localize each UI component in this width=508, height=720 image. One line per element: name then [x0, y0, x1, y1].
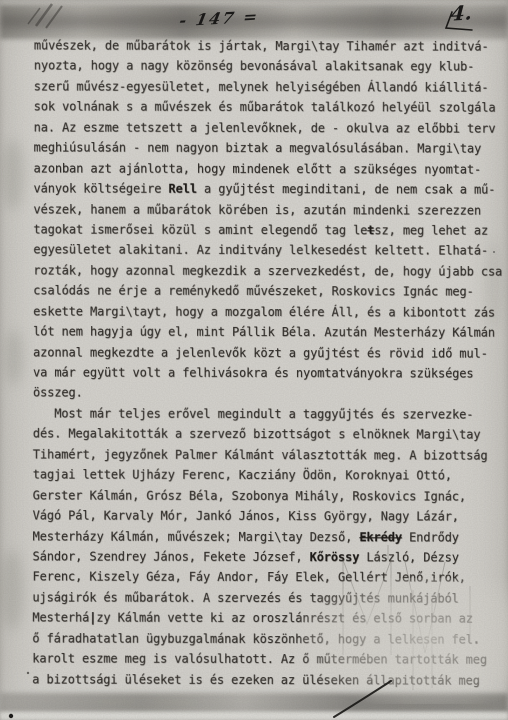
- text-line: karolt eszme meg is valósulhatott. Az ő …: [32, 648, 508, 670]
- text-segment: ő fáradhatatlan ügybuzgalmának köszönhet…: [32, 631, 473, 646]
- text-line: összeg.: [33, 383, 508, 405]
- text-segment: va már együtt volt a felhivásokra és nyo…: [33, 365, 474, 380]
- text-segment: azonban azt ajánlotta, hogy mindenek elő…: [33, 161, 481, 176]
- text-segment: Gerster Kálmán, Grósz Béla, Szobonya Mih…: [33, 488, 466, 503]
- overstruck-word: Rell: [168, 182, 196, 196]
- text-line: va már együtt volt a felhivásokra és nyo…: [33, 362, 508, 384]
- text-line: na. Az eszme tetszett a jelenlevőknek, d…: [34, 117, 508, 139]
- overstruck-word: .: [473, 632, 480, 646]
- text-line: Gerster Kálmán, Grósz Béla, Szobonya Mih…: [33, 485, 508, 507]
- text-line: a bizottsági üléseket is és ezeken az ül…: [32, 669, 508, 691]
- text-line: sok volnának s a művészek és műbarátok t…: [34, 97, 508, 119]
- typewritten-text: művészek, de műbarátok is jártak, Margi\…: [32, 35, 508, 690]
- text-line: művészek, de műbarátok is jártak, Margi\…: [34, 35, 508, 57]
- text-segment: Tihamért, jegyzőnek Palmer Kálmánt válas…: [33, 447, 488, 462]
- text-segment: azonnal megkezdte a jelenlevők közt a gy…: [33, 345, 488, 360]
- text-line: Most már teljes erővel megindult a taggy…: [33, 403, 508, 425]
- text-line: azonban azt ajánlotta, hogy mindenek elő…: [33, 158, 508, 180]
- overstruck-word: Ekrédy: [359, 530, 402, 544]
- text-line: Sándor, Szendrey János, Fekete József, K…: [32, 546, 508, 568]
- text-segment: a gyűjtést meginditani, de nem csak a mű…: [197, 182, 495, 197]
- text-segment: Endrődy: [402, 530, 459, 544]
- text-segment: dés. Megalakitották a szervező bizottság…: [33, 427, 481, 442]
- text-segment: lót nem hagyja úgy el, mint Pállik Béla.…: [33, 324, 495, 339]
- text-segment: ványok költségeire: [33, 181, 168, 195]
- scanned-document-page: művészek, de műbarátok is jártak, Margi\…: [0, 0, 508, 720]
- text-line: Tihamért, jegyzőnek Palmer Kálmánt válas…: [33, 444, 508, 466]
- overstruck-word: |: [89, 611, 96, 625]
- text-line: Mesterhá|zy Kálmán vette ki az oroszlánr…: [32, 608, 508, 630]
- bottom-scan-smudge-band: [0, 693, 508, 712]
- text-segment: Most már teljes erővel megindult a taggy…: [33, 406, 474, 421]
- text-line: meghiúsulásán - nem nagyon biztak a megv…: [34, 138, 508, 160]
- text-segment: meghiúsulásán - nem nagyon biztak a megv…: [34, 141, 482, 156]
- text-line: azonnal megkezdte a jelenlevők közt a gy…: [33, 342, 508, 364]
- text-line: Vágó Pál, Karvaly Mór, Jankó János, Kiss…: [33, 505, 508, 527]
- text-line: tagokat ismerősei közül s amint elegendő…: [33, 219, 508, 241]
- text-segment: vészek, hanem a műbarátok körében is, az…: [33, 202, 481, 217]
- text-segment: László, Dézsy: [359, 550, 459, 564]
- text-line: Mesterházy Kálmán, művészek; Margi\tay D…: [33, 526, 508, 548]
- text-segment: tagjai lettek Ujházy Ferenc, Kacziány Öd…: [33, 468, 452, 483]
- text-segment: sz, meg lehet az: [374, 223, 488, 237]
- text-line: csalódás ne érje a reménykedő művészeket…: [33, 281, 508, 303]
- text-segment: tagokat ismerősei közül s amint elegendő…: [33, 222, 367, 237]
- text-line: Ferenc, Kiszely Géza, Fáy Andor, Fáy Ele…: [32, 567, 508, 589]
- text-segment: Vágó Pál, Karvaly Mór, Jankó János, Kiss…: [33, 508, 459, 523]
- text-line: vészek, hanem a műbarátok körében is, az…: [33, 199, 508, 221]
- text-segment: Ferenc, Kiszely Géza, Fáy Andor, Fáy Ele…: [32, 570, 465, 585]
- text-segment: a bizottsági üléseket is és ezeken az ül…: [32, 672, 480, 687]
- text-segment: művészek, de műbarátok is jártak, Margi\…: [34, 38, 489, 53]
- overstruck-word: Kőrössy: [310, 550, 360, 564]
- text-segment: Sándor, Szendrey János, Fekete József,: [32, 549, 309, 564]
- text-segment: Mesterhá: [32, 611, 89, 625]
- text-line: nyozta, hogy a nagy közönség bevonásával…: [34, 56, 508, 78]
- text-segment: Mesterházy Kálmán, művészek; Margi\tay D…: [33, 529, 360, 544]
- text-segment: eskette Margi\tayt, hogy a mozgalom élér…: [33, 304, 495, 319]
- margin-smudge: [2, 140, 24, 210]
- text-segment: karolt eszme meg is valósulhatott. Az ő …: [32, 651, 487, 666]
- text-segment: csalódás ne érje a reménykedő művészeket…: [33, 284, 474, 299]
- text-line: ő fáradhatatlan ügybuzgalmának köszönhet…: [32, 628, 508, 650]
- text-line: egyesületet alakitani. Az inditvány lelk…: [33, 240, 508, 262]
- text-segment: rozták, hogy azonnal megkezdik a szervez…: [33, 263, 502, 278]
- overstruck-word: t: [367, 223, 374, 237]
- text-line: lót nem hagyja úgy el, mint Pállik Béla.…: [33, 321, 508, 343]
- text-line: tagjai lettek Ujházy Ferenc, Kacziány Öd…: [33, 465, 508, 487]
- text-segment: sok volnának s a művészek és műbarátok t…: [34, 100, 496, 115]
- text-segment: nyozta, hogy a nagy közönség bevonásával…: [34, 59, 475, 74]
- text-line: ujságirók és műbarátok. A szervezés és t…: [32, 587, 508, 609]
- text-line: rozták, hogy azonnal megkezdik a szervez…: [33, 260, 508, 282]
- text-segment: zy Kálmán vette ki az oroszlánrészt és e…: [96, 611, 473, 626]
- text-line: szerű művész-egyesületet, melynek helyis…: [34, 76, 508, 98]
- text-segment: ujságirók és műbarátok. A szervezés és t…: [32, 590, 458, 605]
- text-line: eskette Margi\tayt, hogy a mozgalom élér…: [33, 301, 508, 323]
- text-segment: egyesületet alakitani. Az inditvány lelk…: [33, 243, 488, 258]
- text-line: ványok költségeire Rell a gyűjtést megin…: [33, 178, 508, 200]
- text-segment: na. Az eszme tetszett a jelenlevőknek, d…: [34, 120, 496, 135]
- text-line: dés. Megalakitották a szervező bizottság…: [33, 424, 508, 446]
- text-segment: szerű művész-egyesületet, melynek helyis…: [34, 79, 489, 94]
- handwritten-corner-number: 4.: [450, 0, 473, 25]
- bottom-light-strip: [0, 712, 508, 720]
- margin-smudge: [5, 330, 23, 385]
- text-segment: összeg.: [33, 386, 83, 400]
- margin-smudge: [0, 550, 24, 630]
